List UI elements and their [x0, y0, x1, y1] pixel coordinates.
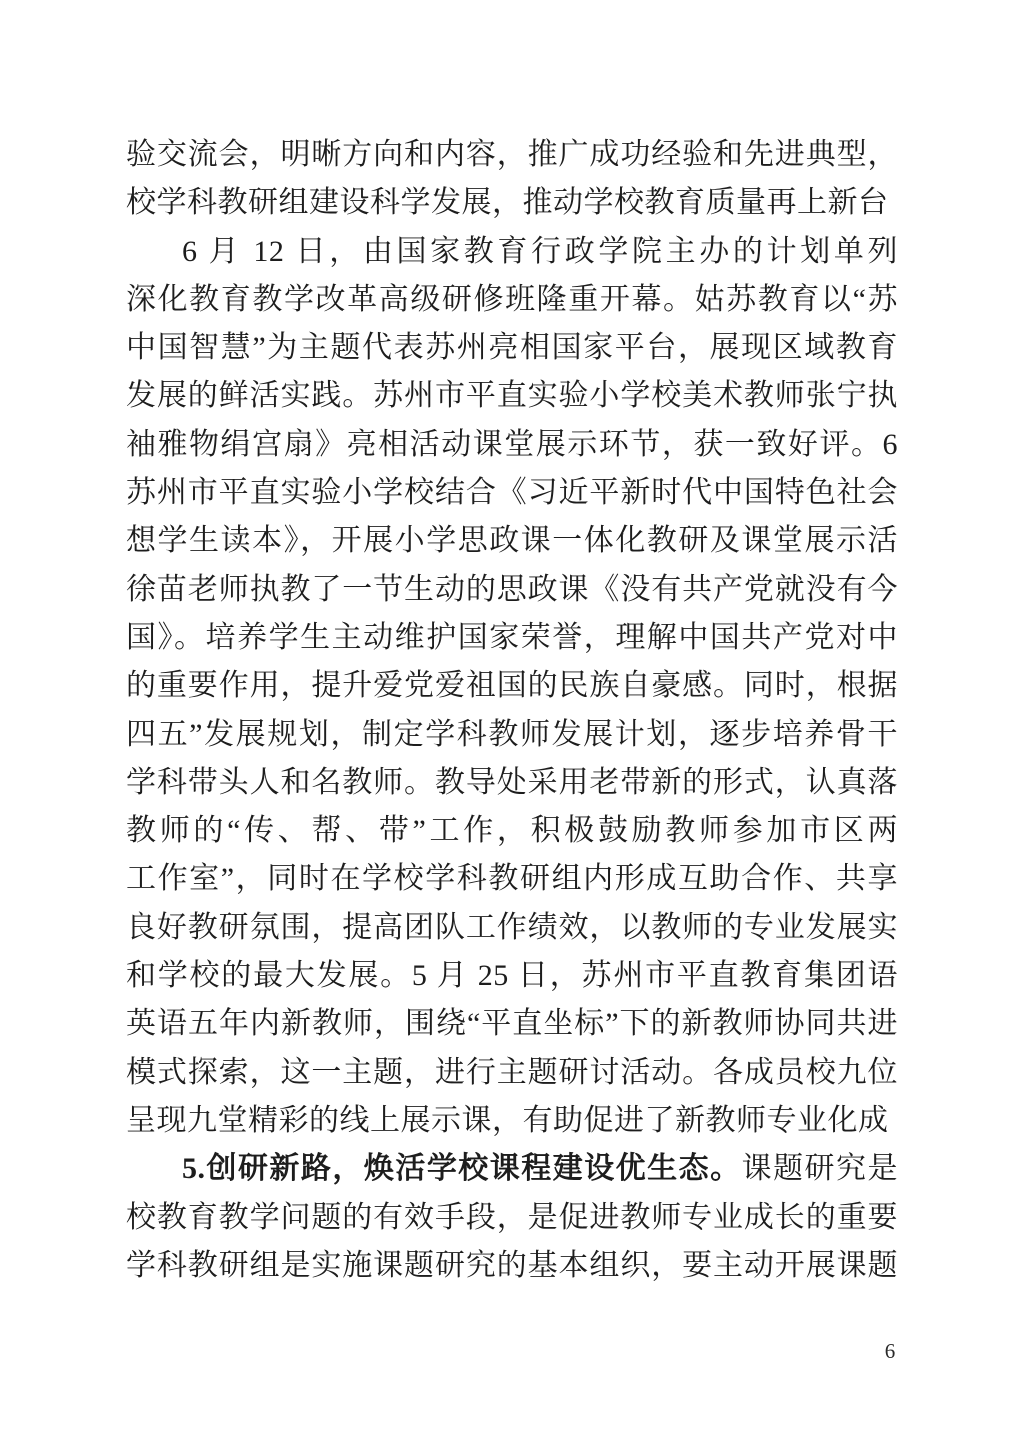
document-page: 验交流会，明晰方向和内容，推广成功经验和先进典型，推进学 校学科教研组建设科学发… — [0, 0, 1024, 1448]
page-number: 6 — [872, 1336, 908, 1366]
text-line: 深化教育教学改革高级研修班隆重开幕。姑苏教育以“苏式美育 — [126, 276, 898, 324]
text-line: 国》。培养学生主动维护国家荣誉，理解中国共产党对中国发展 — [126, 614, 898, 662]
text-line: 学科教研组是实施课题研究的基本组织，要主动开展课题研究来 — [126, 1242, 898, 1290]
text-line: 5.创研新路，焕活学校课程建设优生态。课题研究是解决学 — [126, 1145, 898, 1193]
text-line: 学科带头人和名教师。教导处采用老带新的形式，认真落实青年 — [126, 759, 898, 807]
text-line: 苏州市平直实验小学校结合《习近平新时代中国特色社会主义思 — [126, 469, 898, 517]
text-line: 英语五年内新教师，围绕“平直坐标”下的新教师协同共进培训 — [126, 1000, 898, 1048]
text-line: 教师的“传、帮、带”工作，积极鼓励教师参加市区两级“名师 — [126, 807, 898, 855]
document-body: 验交流会，明晰方向和内容，推广成功经验和先进典型，推进学 校学科教研组建设科学发… — [126, 131, 898, 1290]
text-line: 想学生读本》，开展小学思政课一体化教研及课堂展示活动。沈 — [126, 517, 898, 565]
text-line: 的重要作用，提升爱党爱祖国的民族自豪感。同时，根据学校“十 — [126, 662, 898, 710]
text-line: 袖雅物绢宫扇》亮相活动课堂展示环节，获一致好评。6 月 15 日， — [126, 421, 898, 469]
text-line: 四五”发展规划，制定学科教师发展计划，逐步培养骨干教师、 — [126, 711, 898, 759]
text-line: 发展的鲜活实践。苏州市平直实验小学校美术教师张宁执教《怀 — [126, 372, 898, 420]
text-line: 验交流会，明晰方向和内容，推广成功经验和先进典型，推进学 — [126, 131, 898, 179]
text-line: 模式探索，这一主题，进行主题研讨活动。各成员校九位新教师 — [126, 1049, 898, 1097]
text-line: 工作室”，同时在学校学科教研组内形成互助合作、共享成果的 — [126, 855, 898, 903]
text-line: 6 月 12 日，由国家教育行政学院主办的计划单列市“5+3” — [126, 228, 898, 276]
text-line: 中国智慧”为主题代表苏州亮相国家平台，展现区域教育高质量 — [126, 324, 898, 372]
text-line: 和学校的最大发展。5 月 25 日，苏州市平直教育集团语文、数学、 — [126, 952, 898, 1000]
text-line: 校学科教研组建设科学发展，推动学校教育质量再上新台阶。 — [126, 179, 898, 227]
text-line: 徐苗老师执教了一节生动的思政课《没有共产党就没有今天的中 — [126, 566, 898, 614]
text-line: 良好教研氛围，提高团队工作绩效，以教师的专业发展实现学科 — [126, 904, 898, 952]
text-line: 校教育教学问题的有效手段，是促进教师专业成长的重要途径。 — [126, 1194, 898, 1242]
section-heading: 5.创研新路，焕活学校课程建设优生态。 — [182, 1152, 742, 1185]
text-line: 呈现九堂精彩的线上展示课，有助促进了新教师专业化成长。 — [126, 1097, 898, 1145]
